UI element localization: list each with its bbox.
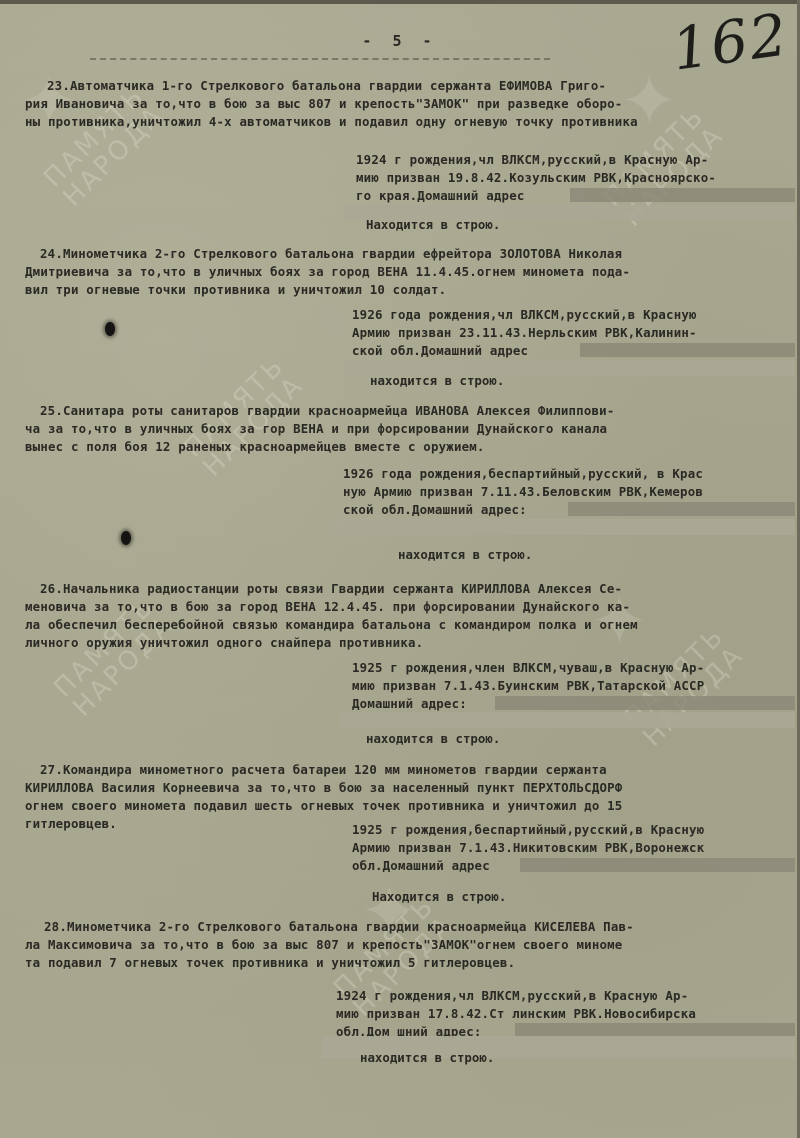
entry-text: ла Максимовича за то,что в бою за выс 80…	[25, 937, 622, 952]
bio-text: 1926 года рождения,чл ВЛКСМ,русский,в Кр…	[352, 307, 697, 322]
entry-text: рия Ивановича за то,что в бою за выс 807…	[25, 96, 622, 111]
status-text: находится в строю.	[370, 373, 504, 388]
status-text: находится в строю.	[366, 731, 500, 746]
entry-text: ча за то,что в уличных боях за гор ВЕНА …	[25, 421, 607, 436]
bio-text: 1924 г рождения,чл ВЛКСМ,русский,в Красн…	[356, 152, 708, 167]
bio-text: мию призван 7.1.43.Буинским РВК,Татарско…	[352, 678, 704, 693]
entry-text: 24.Минометчика 2-го Стрелкового батальон…	[40, 246, 622, 261]
bio-text: обл.Домашний адрес	[352, 858, 490, 873]
redaction-bar	[580, 343, 795, 357]
bio-text: 1925 г рождения,беспартийный,русский,в К…	[352, 822, 704, 837]
bio-text: Домашний адрес:	[352, 696, 467, 711]
redaction-bar	[335, 519, 795, 535]
punch-hole	[121, 531, 131, 545]
entry-text: гитлеровцев.	[25, 816, 117, 831]
entry-text: огнем своего миномета подавил шесть огне…	[25, 798, 622, 813]
entry-text: 26.Начальника радиостанции роты связи Гв…	[40, 581, 622, 596]
redaction-bar	[515, 1023, 795, 1037]
bio-text: 1926 года рождения,беспартийный,русский,…	[343, 466, 703, 481]
bio-text: ской обл.Домашний адрес	[352, 343, 528, 358]
bio-text: ской обл.Домашний адрес:	[343, 502, 527, 517]
redaction-bar	[495, 696, 795, 710]
entry-text: та подавил 7 огневых точек противника и …	[25, 955, 515, 970]
bio-text: го края.Домашний адрес	[356, 188, 525, 203]
entry-text: 25.Санитара роты санитаров гвардии красн…	[40, 403, 614, 418]
bio-text: 1924 г рождения,чл ВЛКСМ,русский,в Красн…	[336, 988, 688, 1003]
entry-text: Дмитриевича за то,что в уличных боях за …	[25, 264, 630, 279]
status-text: Находится в строю.	[372, 889, 506, 904]
entry-text: КИРИЛЛОВА Василия Корнеевича за то,что в…	[25, 780, 622, 795]
bio-text: ную Армию призван 7.11.43.Беловским РВК,…	[343, 484, 703, 499]
bio-text: мию призван 17.8.42.Ст линским РВК.Новос…	[336, 1006, 696, 1021]
redaction-bar	[520, 858, 795, 872]
redaction-bar	[568, 502, 795, 516]
entry-text: 27.Командира минометного расчета батареи…	[40, 762, 607, 777]
redaction-bar	[340, 712, 795, 728]
entry-text: вил три огневые точки противника и уничт…	[25, 282, 446, 297]
status-text: находится в строю.	[398, 547, 532, 562]
punch-hole	[105, 322, 115, 336]
bio-text: 1925 г рождения,член ВЛКСМ,чуваш,в Красн…	[352, 660, 704, 675]
redaction-bar	[570, 188, 795, 202]
entry-text: вынес с поля боя 12 раненых красноармейц…	[25, 439, 485, 454]
bio-text: Армию призван 7.1.43.Никитовским РВК,Вор…	[352, 840, 704, 855]
bio-text: мию призван 19.8.42.Козульским РВК,Красн…	[356, 170, 716, 185]
entry-text: 23.Автоматчика 1-го Стрелкового батальон…	[47, 78, 606, 93]
entry-text: ны противника,уничтожил 4-х автоматчиков…	[25, 114, 638, 129]
bio-text: Армию призван 23.11.43.Нерльским РВК,Кал…	[352, 325, 697, 340]
page-top-edge	[0, 0, 800, 4]
entry-text: 28.Минометчика 2-го Стрелкового батальон…	[44, 919, 634, 934]
header-rule	[90, 58, 550, 60]
entry-text: ла обеспечил бесперебойной связью команд…	[25, 617, 638, 632]
entry-text: личного оружия уничтожил одного снайпера…	[25, 635, 423, 650]
status-text: находится в строю.	[360, 1050, 494, 1065]
entry-text: меновича за то,что в бою за город ВЕНА 1…	[25, 599, 630, 614]
status-text: Находится в строю.	[366, 217, 500, 232]
